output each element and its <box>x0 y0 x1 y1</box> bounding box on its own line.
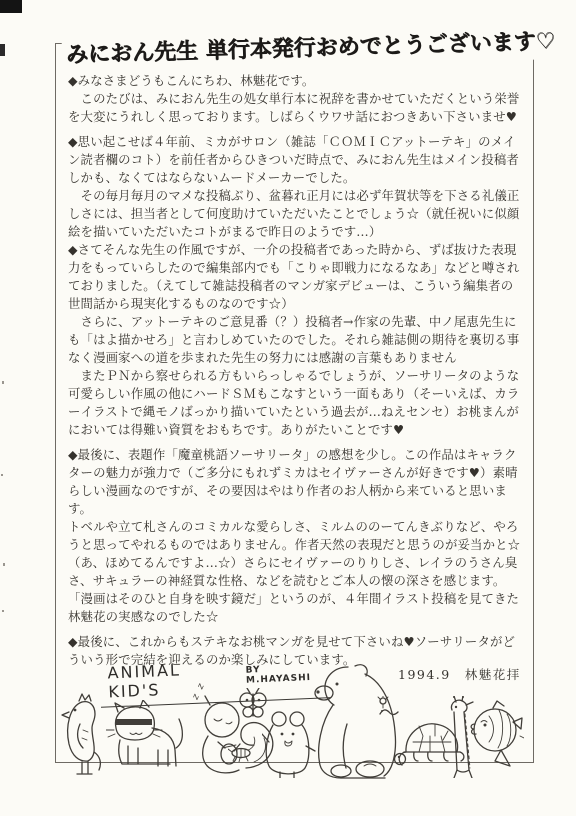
scan-artifact-edge-dash <box>0 44 5 56</box>
doodle-cat <box>106 700 194 776</box>
afterword-text: ◆みなさまどうもこんにちわ、林魅花です。 このたびは、みにおん先生の処女単行本に… <box>68 72 526 676</box>
doodle-fish <box>468 698 524 772</box>
scan-speck <box>3 563 5 566</box>
scan-speck <box>2 381 4 384</box>
doodle-bug <box>228 746 254 762</box>
paragraph-history: ◆思い起こせば４年前、ミカがサロン（雑誌「ＣＯＭＩＣアットーテキ」のメイ ン読者… <box>68 133 526 439</box>
scan-artifact-corner <box>0 0 22 13</box>
scanned-page: みにおん先生 単行本発行おめでとうございます♡ ◆みなさまどうもこんにちわ、林魅… <box>0 0 576 816</box>
doodle-rooster <box>58 692 110 782</box>
paragraph-review: ◆最後に、表題作「魔童桃語ソーサリータ」の感想を少し。この作品はキャラク ターの… <box>68 446 526 626</box>
date-signature: 1994.9 林魅花拝 <box>398 665 521 683</box>
scan-speck <box>1 474 3 476</box>
paragraph-greeting: ◆みなさまどうもこんにちわ、林魅花です。 このたびは、みにおん先生の処女単行本に… <box>68 72 526 126</box>
scan-speck <box>2 610 4 612</box>
